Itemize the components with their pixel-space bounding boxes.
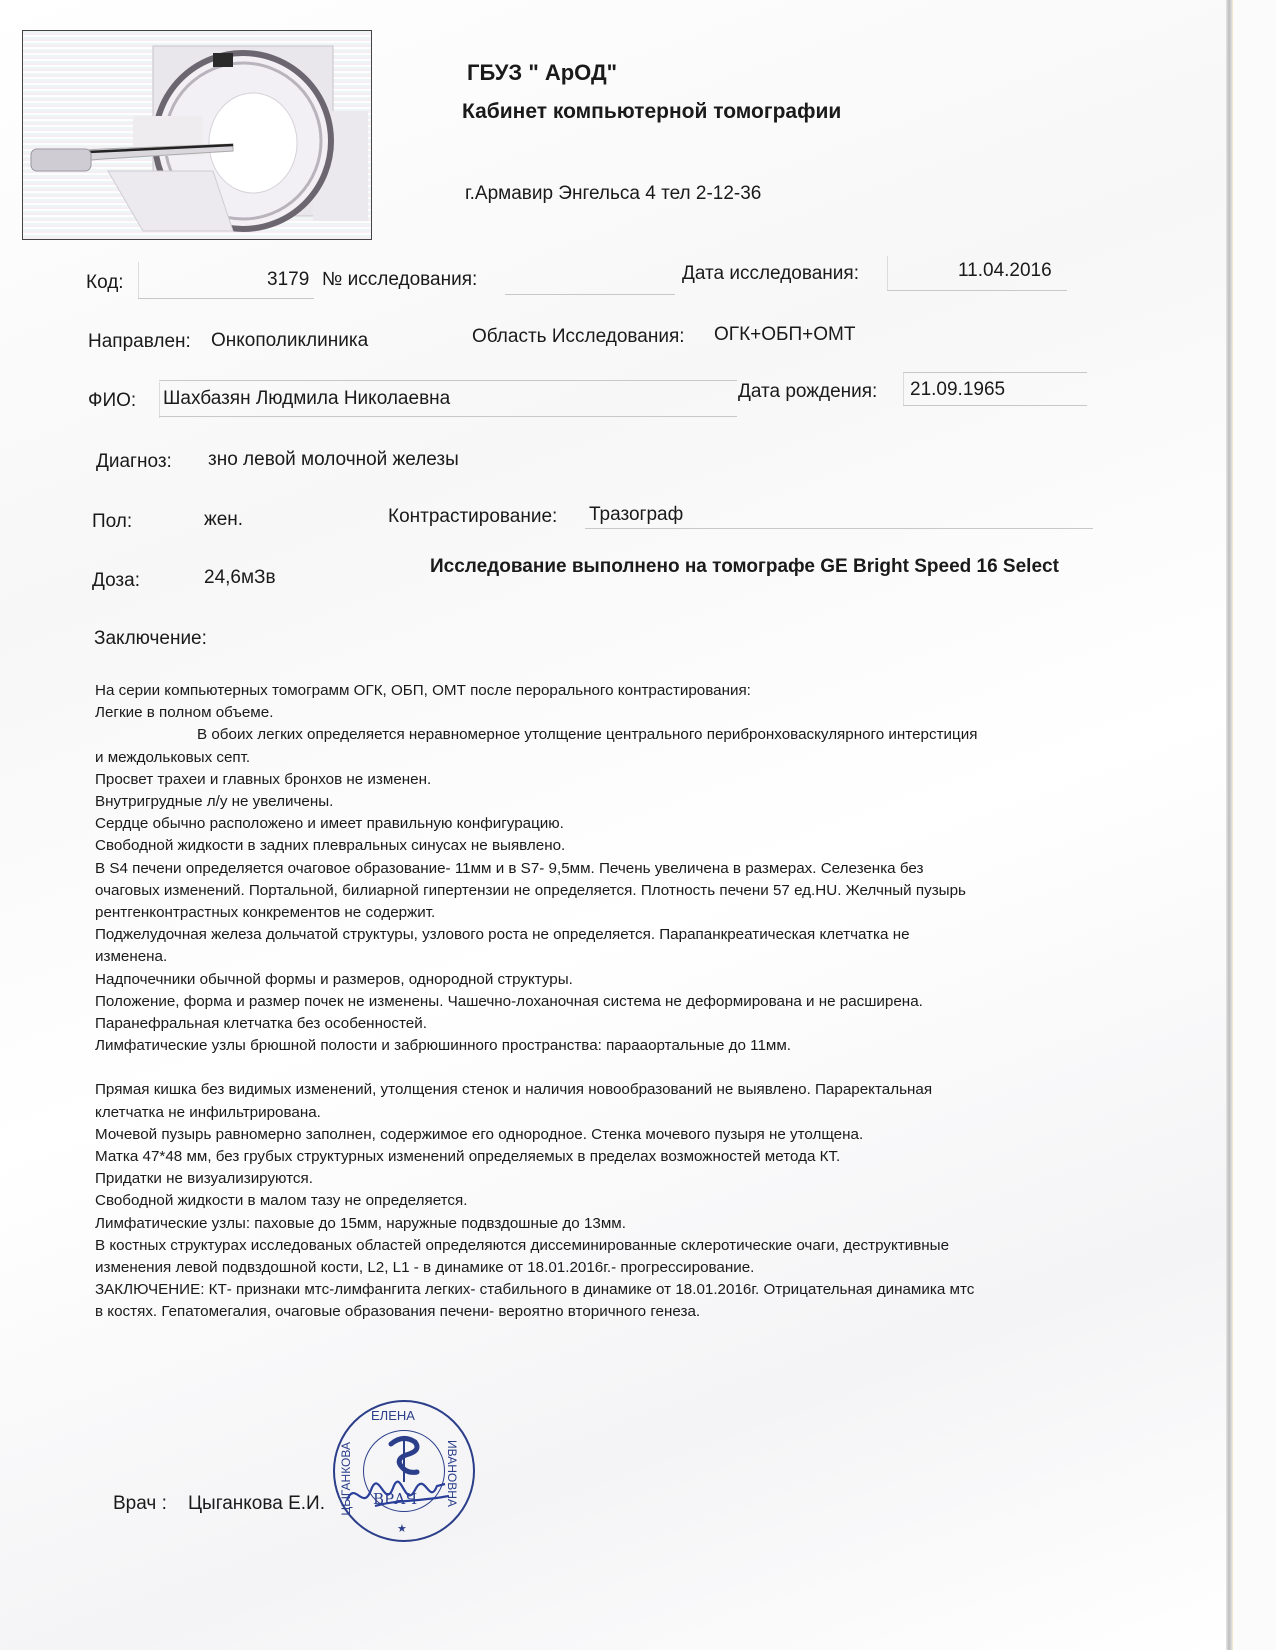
stamp-top-text: ЕЛЕНА [371,1408,415,1423]
report-line: Матка 47*48 мм, без грубых структурных и… [95,1146,1095,1168]
report-line: В обоих легких определяется неравномерно… [95,724,1095,746]
organization-name: ГБУЗ " АрОД" [467,60,617,86]
report-line-blank [95,1057,1095,1079]
department-name: Кабинет компьютерной томографии [462,100,841,124]
referred-label: Направлен: [88,331,191,353]
dose-value: 24,6мЗв [204,567,276,589]
dose-label: Доза: [92,570,140,592]
report-line: Сердце обычно расположено и имеет правил… [95,813,1095,835]
scanner-note: Исследование выполнено на томографе GE B… [430,556,1059,578]
ct-scanner-image [22,30,372,240]
report-line: изменения левой подвздошной кости, L2, L… [95,1257,1095,1279]
report-line: Лимфатические узлы: паховые до 15мм, нар… [95,1213,1095,1235]
report-line: Мочевой пузырь равномерно заполнен, соде… [95,1124,1095,1146]
handwritten-signature [345,1470,455,1520]
report-line: в костях. Гепатомегалия, очаговые образо… [95,1301,1095,1323]
doctor-name: Цыганкова Е.И. [188,1493,325,1514]
star-icon: ★ [397,1522,407,1535]
referred-value: Онкополиклиника [211,330,368,352]
report-line: Прямая кишка без видимых изменений, утол… [95,1079,1095,1101]
birth-date-label: Дата рождения: [738,381,877,403]
report-line: рентгенконтрастных конкрементов не содер… [95,902,1095,924]
diagnosis-label: Диагноз: [96,451,172,473]
contrast-value: Тразограф [589,504,683,526]
diagnosis-value: зно левой молочной железы [208,449,459,471]
report-line: очаговых изменений. Портальной, билиарно… [95,880,1095,902]
contrast-label: Контрастирование: [388,506,557,528]
report-line: Свободной жидкости в малом тазу не опред… [95,1190,1095,1212]
report-line: Просвет трахеи и главных бронхов не изме… [95,769,1095,791]
report-line: В костных структурах исследованых област… [95,1235,1095,1257]
report-line: клетчатка не инфильтрирована. [95,1102,1095,1124]
sex-value: жен. [204,509,243,531]
study-number-field [505,294,675,295]
study-area-label: Область Исследования: [472,326,685,348]
report-line: Лимфатические узлы брюшной полости и заб… [95,1035,1095,1057]
birth-date-value: 21.09.1965 [910,379,1005,401]
code-label: Код: [86,272,124,294]
name-label: ФИО: [88,390,136,412]
study-date-value: 11.04.2016 [958,260,1052,282]
study-number-label: № исследования: [322,269,477,291]
report-line: Паранефральная клетчатка без особенносте… [95,1013,1095,1035]
report-line: Легкие в полном объеме. [95,702,1095,724]
report-line: изменена. [95,946,1095,968]
report-line: ЗАКЛЮЧЕНИЕ: КТ- признаки мтс-лимфангита … [95,1279,1095,1301]
report-line: и междольковых септ. [95,747,1095,769]
ct-scanner-icon [23,31,371,239]
code-value: 3179 [267,269,309,291]
address: г.Армавир Энгельса 4 тел 2-12-36 [465,183,761,205]
report-line: Поджелудочная железа дольчатой структуры… [95,924,1095,946]
report-line: В S4 печени определяется очаговое образо… [95,858,1095,880]
conclusion-heading: Заключение: [94,628,207,650]
report-line: Свободной жидкости в задних плевральных … [95,835,1095,857]
report-line: Внутригрудные л/у не увеличены. [95,791,1095,813]
sex-label: Пол: [92,511,132,533]
patient-name-value: Шахбазян Людмила Николаевна [163,388,450,410]
doctor-line: Врач : Цыганкова Е.И. [113,1493,325,1515]
report-body: На серии компьютерных томограмм ОГК, ОБП… [95,680,1095,1324]
study-area-value: ОГК+ОБП+ОМТ [714,324,855,346]
report-line: Надпочечники обычной формы и размеров, о… [95,969,1095,991]
scanner-margin [1232,0,1276,1650]
doctor-label: Врач : [113,1493,167,1514]
report-line: Положение, форма и размер почек не измен… [95,991,1095,1013]
study-date-label: Дата исследования: [682,263,859,285]
report-line: На серии компьютерных томограмм ОГК, ОБП… [95,680,1095,702]
report-line: Придатки не визуализируются. [95,1168,1095,1190]
